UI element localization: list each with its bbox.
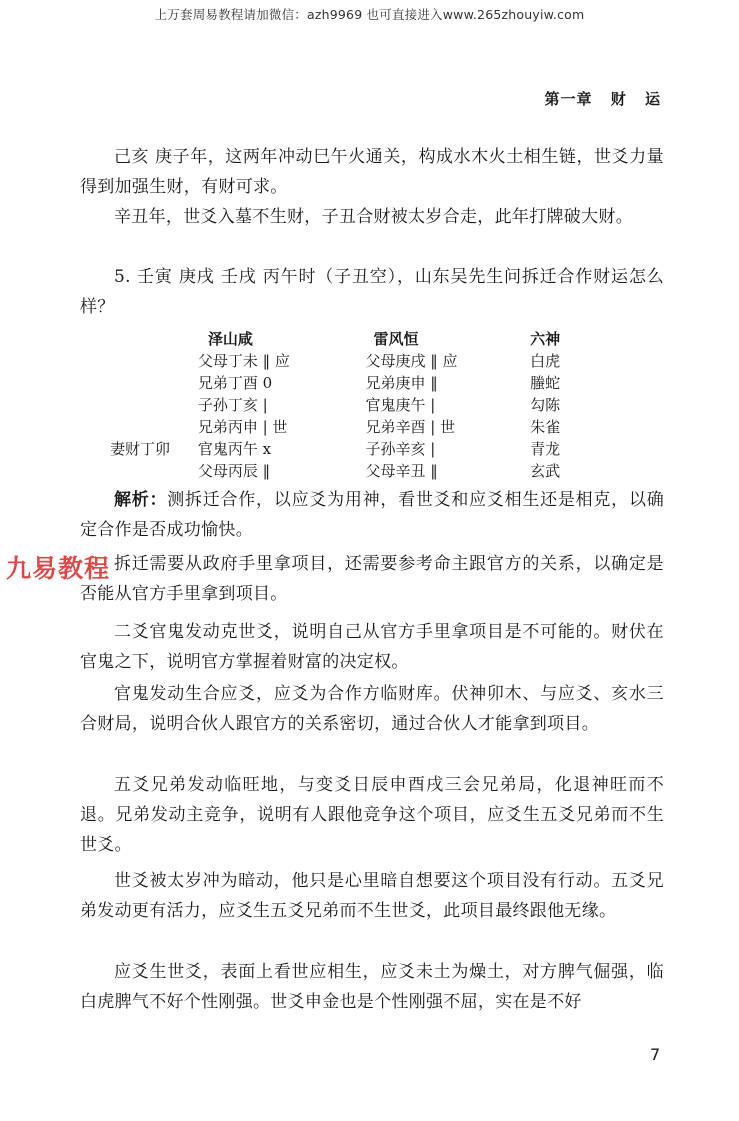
hexagram-row: 妻财丁卯 官鬼丙午 x 子孙辛亥 | 青龙: [110, 438, 610, 460]
analysis-label: 解析：: [114, 490, 167, 510]
paragraph: 五爻兄弟发动临旺地，与变爻日辰申酉戌三会兄弟局，化退神旺而不退。兄弟发动主竞争，…: [80, 770, 664, 860]
hexagram-row: 兄弟丁酉 0 兄弟庚申 ‖ 螣蛇: [110, 372, 610, 394]
changed-line-cell: 父母辛丑 ‖: [366, 460, 531, 482]
watermark-logo: 九易教程: [6, 549, 110, 585]
hexagram-header-main: 泽山咸: [198, 328, 366, 350]
watermark-banner: 上万套周易教程请加微信：azh9969 也可直接进入www.265zhouyiw…: [0, 5, 739, 23]
main-line-cell: 父母丁未 ‖ 应: [198, 350, 366, 372]
liushen-cell: 勾陈: [530, 394, 610, 416]
changed-line-cell: 子孙辛亥 |: [366, 438, 531, 460]
liushen-cell: 青龙: [530, 438, 610, 460]
fushen-cell: [110, 350, 198, 372]
paragraph: 应爻生世爻，表面上看世应相生，应爻未土为燥土，对方脾气倔强，临白虎脾气不好个性刚…: [80, 957, 664, 1017]
fushen-cell: [110, 372, 198, 394]
liushen-cell: 玄武: [530, 460, 610, 482]
changed-line-cell: 官鬼庚午 |: [366, 394, 531, 416]
changed-line-cell: 父母庚戌 ‖ 应: [366, 350, 531, 372]
paragraph: 官鬼发动生合应爻，应爻为合作方临财库。伏神卯木、与应爻、亥水三合财局，说明合伙人…: [80, 679, 664, 739]
liushen-cell: 朱雀: [530, 416, 610, 438]
main-line-cell: 兄弟丁酉 0: [198, 372, 366, 394]
fushen-cell: [110, 416, 198, 438]
liushen-cell: 螣蛇: [530, 372, 610, 394]
hexagram-header-fushen: [110, 328, 198, 350]
hexagram-header-row: 泽山咸 雷风恒 六神: [110, 328, 610, 350]
paragraph: 辛丑年，世爻入墓不生财，子丑合财被太岁合走，此年打牌破大财。: [80, 202, 664, 232]
analysis-paragraph: 解析：测拆迁合作，以应爻为用神，看世爻和应爻相生还是相克，以确定合作是否成功愉快…: [80, 485, 664, 545]
hexagram-header-liushen: 六神: [530, 328, 610, 350]
paragraph: 拆迁需要从政府手里拿项目，还需要参考命主跟官方的关系，以确定是否能从官方手里拿到…: [80, 549, 664, 609]
chapter-header: 第一章 财 运: [545, 88, 661, 109]
main-line-cell: 父母丙辰 ‖: [198, 460, 366, 482]
main-line-cell: 子孙丁亥 |: [198, 394, 366, 416]
main-line-cell: 兄弟丙申 | 世: [198, 416, 366, 438]
fushen-cell: [110, 394, 198, 416]
case-question: 5. 壬寅 庚戌 壬戌 丙午时（子丑空），山东吴先生问拆迁合作财运怎么样？: [80, 262, 664, 322]
hexagram-row: 子孙丁亥 | 官鬼庚午 | 勾陈: [110, 394, 610, 416]
hexagram-row: 父母丙辰 ‖ 父母辛丑 ‖ 玄武: [110, 460, 610, 482]
hexagram-table: 泽山咸 雷风恒 六神 父母丁未 ‖ 应 父母庚戌 ‖ 应 白虎 兄弟丁酉 0 兄…: [110, 328, 610, 482]
fushen-cell: 妻财丁卯: [110, 438, 198, 460]
changed-line-cell: 兄弟庚申 ‖: [366, 372, 531, 394]
paragraph: 世爻被太岁冲为暗动，他只是心里暗自想要这个项目没有行动。五爻兄弟发动更有活力，应…: [80, 866, 664, 926]
hexagram-row: 父母丁未 ‖ 应 父母庚戌 ‖ 应 白虎: [110, 350, 610, 372]
changed-line-cell: 兄弟辛酉 | 世: [366, 416, 531, 438]
hexagram-header-changed: 雷风恒: [365, 328, 530, 350]
page-number: 7: [650, 1045, 660, 1064]
fushen-cell: [110, 460, 198, 482]
paragraph: 二爻官鬼发动克世爻，说明自己从官方手里拿项目是不可能的。财伏在官鬼之下，说明官方…: [80, 617, 664, 677]
hexagram-row: 兄弟丙申 | 世 兄弟辛酉 | 世 朱雀: [110, 416, 610, 438]
paragraph: 己亥 庚子年，这两年冲动巳午火通关，构成水木火土相生链，世爻力量得到加强生财，有…: [80, 142, 664, 202]
main-line-cell: 官鬼丙午 x: [198, 438, 366, 460]
liushen-cell: 白虎: [530, 350, 610, 372]
analysis-text: 测拆迁合作，以应爻为用神，看世爻和应爻相生还是相克，以确定合作是否成功愉快。: [80, 490, 664, 540]
